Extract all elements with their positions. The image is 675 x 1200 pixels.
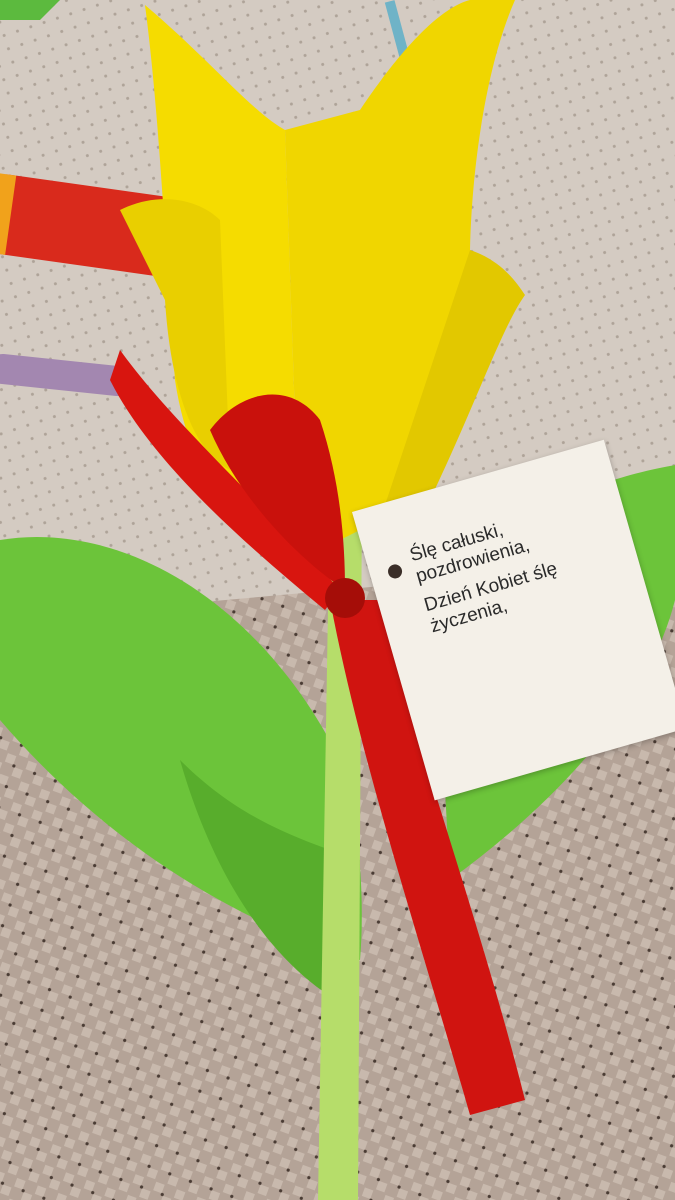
photo-scene: Ślę całuski, pozdrowienia, Dzień Kobiet … <box>0 0 675 1200</box>
card-hole <box>386 563 403 580</box>
card-text: Ślę całuski, pozdrowienia, Dzień Kobiet … <box>408 491 629 646</box>
ribbon-knot <box>325 578 365 618</box>
